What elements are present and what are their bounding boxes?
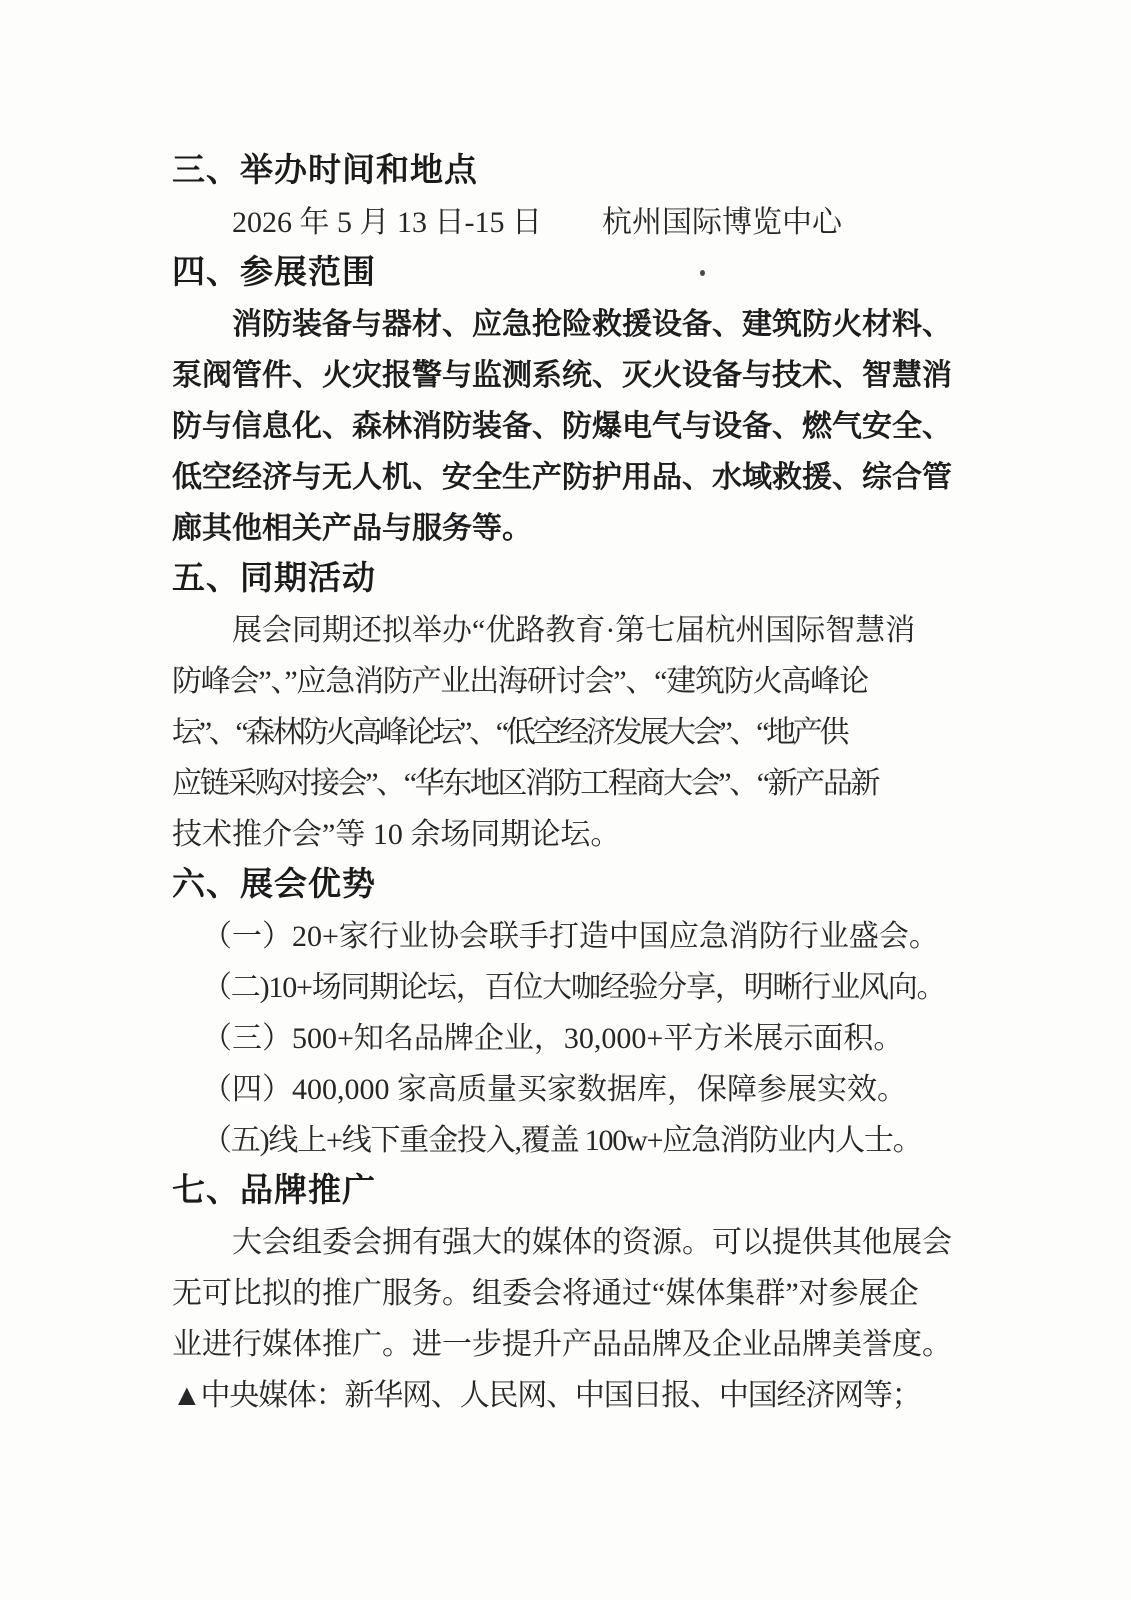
scope-line-5: 廊其他相关产品与服务等。 bbox=[172, 503, 954, 554]
document-body: 三、举办时间和地点 2026 年 5 月 13 日-15 日 杭州国际博览中心 … bbox=[172, 146, 954, 1421]
advantage-item-5: （五)线上+线下重金投入,覆盖 100w+应急消防业内人士。 bbox=[172, 1115, 954, 1166]
scope-line-2: 泵阀管件、火灾报警与监测系统、灭火设备与技术、智慧消 bbox=[172, 350, 954, 401]
advantage-item-3: （三）500+知名品牌企业，30,000+平方米展示面积。 bbox=[172, 1013, 954, 1064]
events-line-1: 展会同期还拟举办“优路教育·第七届杭州国际智慧消 bbox=[172, 605, 954, 656]
events-line-5: 技术推介会”等 10 余场同期论坛。 bbox=[172, 809, 954, 860]
section-3-heading: 三、举办时间和地点 bbox=[172, 146, 954, 197]
scope-line-3: 防与信息化、森林消防装备、防爆电气与设备、燃气安全、 bbox=[172, 401, 954, 452]
date-venue-line: 2026 年 5 月 13 日-15 日 杭州国际博览中心 bbox=[172, 197, 954, 248]
section-7-heading: 七、品牌推广 bbox=[172, 1166, 954, 1217]
scanned-document-page: 三、举办时间和地点 2026 年 5 月 13 日-15 日 杭州国际博览中心 … bbox=[0, 0, 1131, 1600]
central-media-line: ▲中央媒体：新华网、人民网、中国日报、中国经济网等； bbox=[172, 1370, 954, 1421]
events-line-4: 应链采购对接会”、“华东地区消防工程商大会”、“新产品新 bbox=[172, 758, 954, 809]
events-line-2: 防峰会”、”应急消防产业出海研讨会”、“建筑防火高峰论 bbox=[172, 656, 954, 707]
section-6-heading: 六、展会优势 bbox=[172, 860, 954, 911]
section-5-heading: 五、同期活动 bbox=[172, 554, 954, 605]
section-4-heading: 四、参展范围 bbox=[172, 248, 954, 299]
advantage-item-2: （二)10+场同期论坛，百位大咖经验分享，明晰行业风向。 bbox=[172, 962, 954, 1013]
scope-line-4: 低空经济与无人机、安全生产防护用品、水域救援、综合管 bbox=[172, 452, 954, 503]
promo-line-1: 大会组委会拥有强大的媒体的资源。可以提供其他展会 bbox=[172, 1217, 954, 1268]
advantage-item-4: （四）400,000 家高质量买家数据库，保障参展实效。 bbox=[172, 1064, 954, 1115]
promo-line-2: 无可比拟的推广服务。组委会将通过“媒体集群”对参展企 bbox=[172, 1268, 954, 1319]
advantage-item-1: （一）20+家行业协会联手打造中国应急消防行业盛会。 bbox=[172, 911, 954, 962]
events-line-3: 坛”、“森林防火高峰论坛”、“低空经济发展大会”、“地产供 bbox=[172, 707, 954, 758]
scope-line-1: 消防装备与器材、应急抢险救援设备、建筑防火材料、 bbox=[172, 299, 954, 350]
promo-line-3: 业进行媒体推广。进一步提升产品品牌及企业品牌美誉度。 bbox=[172, 1319, 954, 1370]
